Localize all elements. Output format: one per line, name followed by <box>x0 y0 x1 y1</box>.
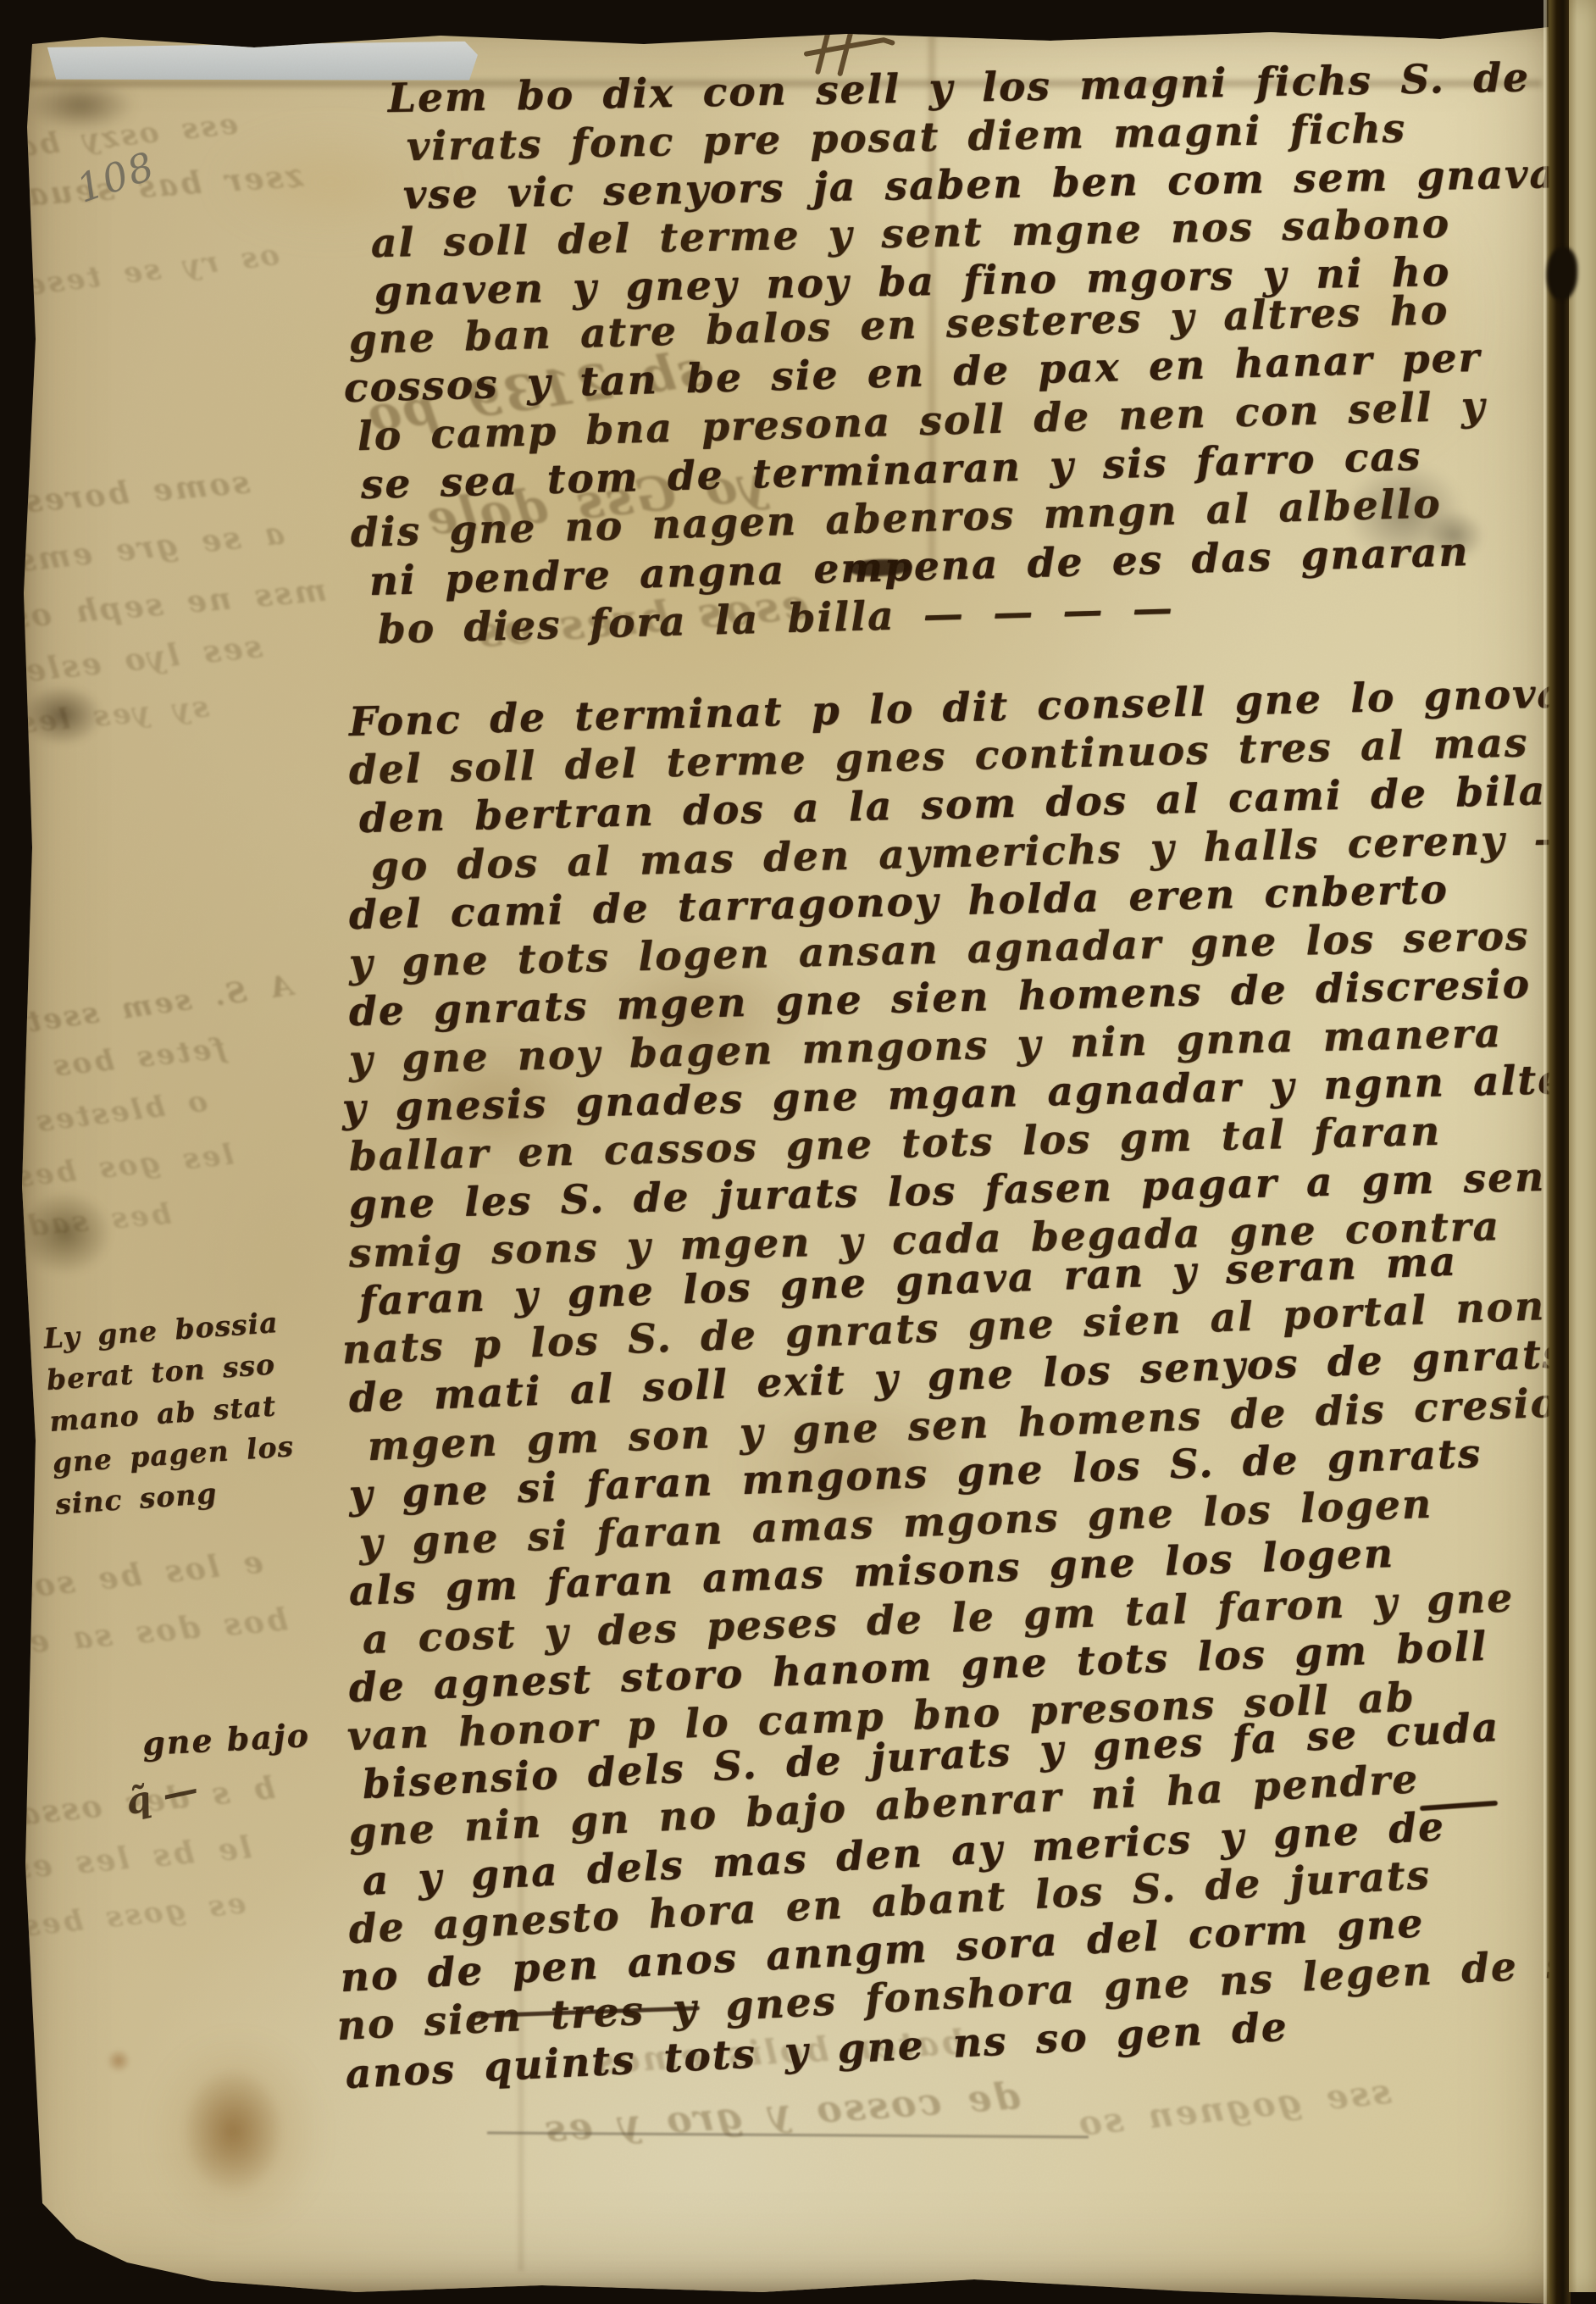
stain-halo <box>148 2032 326 2235</box>
archive-photo: ess oszy bazser bas seuaos ry se teselsb… <box>0 0 1596 2304</box>
ink-stain <box>182 2068 284 2195</box>
bleedthrough-line: ses lyo esles <box>3 629 264 691</box>
manuscript-page: ess oszy bazser bas seuaos ry se teselsb… <box>0 0 1569 2304</box>
next-folio-edge <box>1569 0 1596 2292</box>
bleedthrough-line: sy yes les <box>16 690 210 741</box>
bleedthrough-line: les gos bes <box>13 1137 236 1194</box>
bleedthrough-line: zser bas seua <box>25 158 304 214</box>
bleedthrough-line: bes sad <box>25 1197 173 1244</box>
corner-ink-mark: ʓ <box>3 0 32 42</box>
bleedthrough-line: o blestes <box>32 1085 209 1140</box>
bleedthrough-line: es goss bes <box>19 1886 247 1944</box>
bleedthrough-line: A S. sem sset <box>23 969 295 1040</box>
bleedthrough-line: os ry se tesel <box>9 238 281 305</box>
bleedthrough-line: le bs les es <box>9 1830 253 1887</box>
bleedthrough-line: a se gre ems <box>14 515 286 579</box>
bleedthrough-line: bos dos sa es <box>6 1602 290 1663</box>
binding-gutter <box>1545 0 1571 2304</box>
bleedthrough-line: mss ne seph os <box>8 573 328 636</box>
bleedthrough-line: e los be sos <box>11 1545 265 1607</box>
bleedthrough-line: fetes bos <box>49 1031 227 1083</box>
manuscript-text-block: Lem bo dix con sell y los magni fichs S.… <box>349 75 1535 2099</box>
margin-note: Ly gne bossiaberat ton ssomano ab statgn… <box>42 1301 298 1524</box>
margin-note: gne bajo <box>141 1716 311 1763</box>
torn-notch <box>1547 247 1577 300</box>
bleedthrough-line: some bores <box>21 464 252 519</box>
rust-spot <box>107 2049 130 2073</box>
